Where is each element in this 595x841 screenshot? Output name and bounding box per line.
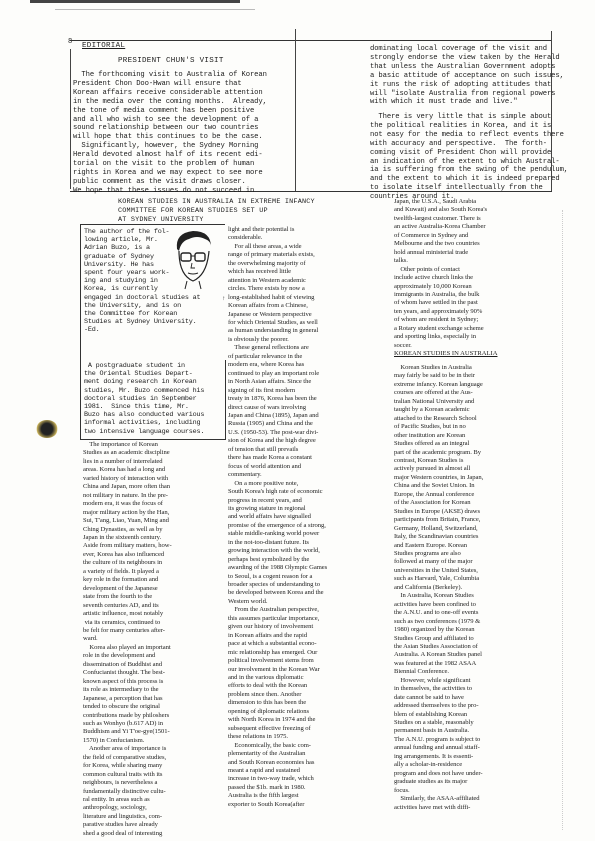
section-heading-korean-studies: KOREAN STUDIES IN AUSTRALIA bbox=[394, 350, 497, 357]
article-headline: KOREAN STUDIES IN AUSTRALIA IN EXTREME I… bbox=[118, 198, 315, 225]
editorial-column-1: The forthcoming visit to Australia of Ko… bbox=[73, 71, 267, 196]
article-column-1: The importance of Korean Studies as an a… bbox=[83, 441, 172, 838]
editorial-column-2a: dominating local coverage of the visit a… bbox=[370, 45, 564, 107]
scan-faint-line bbox=[55, 9, 255, 10]
section-label-editorial: EDITORIAL bbox=[82, 42, 125, 50]
article-column-3b: Korean Studies in Australia may fairly b… bbox=[394, 364, 483, 812]
author-bio-box: A postgraduate student in the Oriental S… bbox=[80, 360, 226, 440]
editorial-column-2b: There is very little that is simple abou… bbox=[370, 113, 568, 202]
author-bio-text: A postgraduate student in the Oriental S… bbox=[84, 362, 204, 436]
scan-right-edge bbox=[562, 210, 564, 830]
article-column-3: Japan, the U.S.A., Saudi Arabia and Kuwa… bbox=[394, 198, 487, 350]
author-portrait-image bbox=[167, 227, 219, 293]
editorial-rule-mid bbox=[295, 29, 296, 191]
editorial-title: PRESIDENT CHUN'S VISIT bbox=[118, 57, 224, 65]
article-column-2: light and their potential is considerabl… bbox=[228, 226, 327, 809]
editorial-rule-left bbox=[70, 49, 71, 189]
scan-edge-bar bbox=[30, 0, 240, 3]
pointer-mark: ↑ bbox=[222, 295, 226, 302]
scan-punch-hole bbox=[36, 420, 58, 438]
